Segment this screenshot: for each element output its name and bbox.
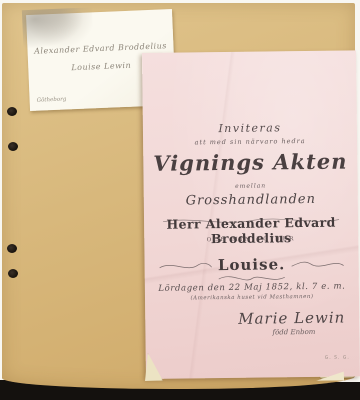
invitation-date-line: Lördagen den 22 Maj 1852, kl. 7 e. m. [145,281,359,294]
card-city-note: Götheborg [37,96,67,103]
punch-hole [8,269,18,278]
punch-hole [7,244,17,253]
invitation-event-title: Vignings Akten [143,148,357,176]
punch-hole [8,142,18,151]
invitation-paper: Inviteras att med sin närvaro hedra Vign… [142,50,360,379]
invitation-signature: Marie Lewin [145,308,359,329]
folded-corner [145,353,163,381]
album-page: Alexander Edvard Broddelius Louise Lewin… [2,3,355,389]
invitation-profession: Grosshandlanden [144,191,358,209]
folded-corner [316,372,344,381]
invitation-emellan: emellan [144,181,358,191]
library-stamp: G. S. G. [325,355,350,360]
invitation-signature-sub: född Enbom [145,327,359,338]
invitation-venue-line: (Amerikanska huset vid Masthamnen) [145,293,359,302]
invitation-subtitle: att med sin närvaro hedra [143,136,357,147]
punch-hole [7,107,17,116]
invitation-heading: Inviteras [143,120,357,136]
